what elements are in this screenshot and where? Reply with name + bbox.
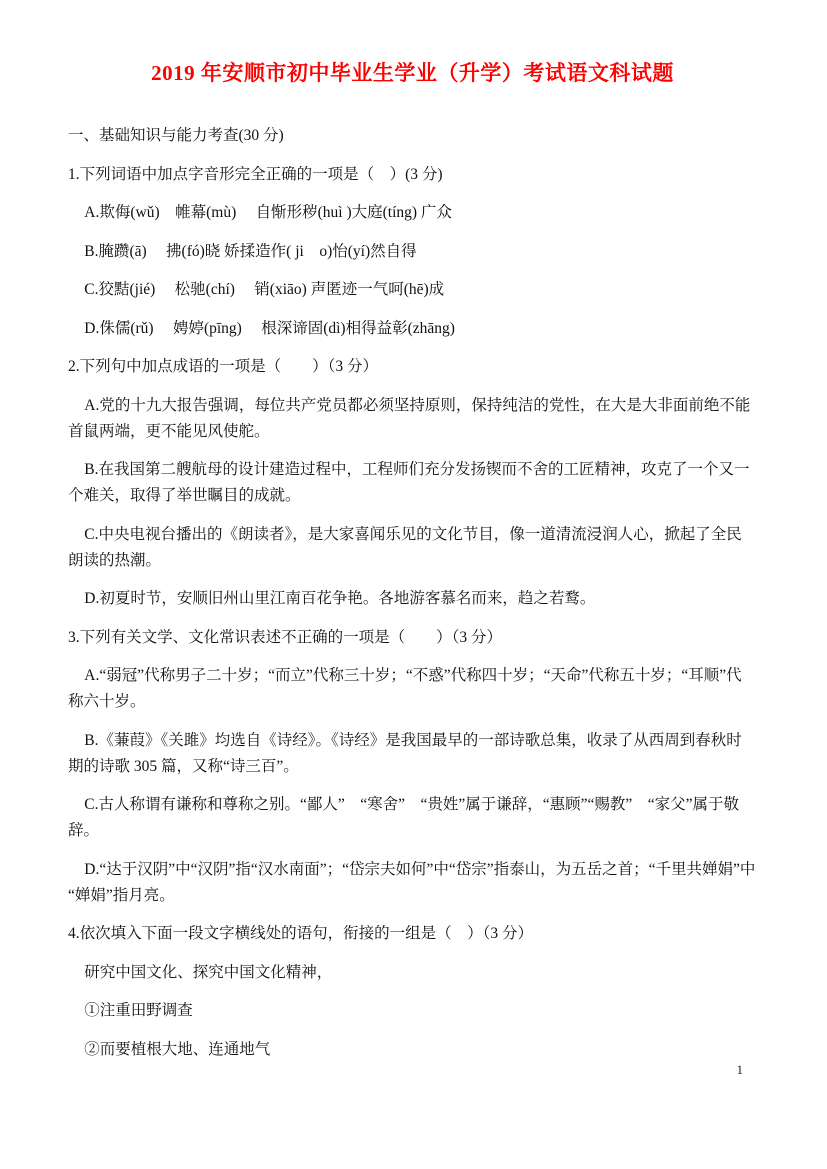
question-1-option-a: A.欺侮(wǔ) 帷幕(mù) 自惭形秽(huì )大庭(tíng) 广众 bbox=[68, 200, 757, 226]
document-page: 2019 年安顺市初中毕业生学业（升学）考试语文科试题 一、基础知识与能力考查(… bbox=[0, 0, 827, 1169]
question-2-option-c: C.中央电视台播出的《朗读者》，是大家喜闻乐见的文化节目，像一道清流浸润人心，掀… bbox=[68, 522, 757, 574]
question-3-stem: 3.下列有关文学、文化常识表述不正确的一项是（ ）（3 分） bbox=[68, 625, 757, 651]
question-4-item-1: ①注重田野调查 bbox=[68, 998, 757, 1024]
question-4-lead: 研究中国文化、探究中国文化精神， bbox=[68, 960, 757, 986]
question-4-stem: 4.依次填入下面一段文字横线处的语句，衔接的一组是（ ）（3 分） bbox=[68, 921, 757, 947]
question-1-option-c: C.狡黠(jié) 松驰(chí) 销(xiāo) 声匿迹一气呵(hē)成 bbox=[68, 277, 757, 303]
question-2-option-a: A.党的十九大报告强调，每位共产党员都必须坚持原则，保持纯洁的党性，在大是大非面… bbox=[68, 393, 757, 445]
question-1-option-b: B.腌躜(ā) 拂(fó)晓 娇揉造作( ji o)怡(yí)然自得 bbox=[68, 239, 757, 265]
question-1-stem: 1.下列词语中加点字音形完全正确的一项是（ ）(3 分) bbox=[68, 162, 757, 188]
question-3-option-d: D.“达于汉阴”中“汉阴”指“汉水南面”；“岱宗夫如何”中“岱宗”指泰山，为五岳… bbox=[68, 857, 757, 909]
question-2-option-b: B.在我国第二艘航母的设计建造过程中，工程师们充分发扬锲而不舍的工匠精神，攻克了… bbox=[68, 457, 757, 509]
section-1-heading: 一、基础知识与能力考查(30 分) bbox=[68, 123, 757, 149]
document-content: 2019 年安顺市初中毕业生学业（升学）考试语文科试题 一、基础知识与能力考查(… bbox=[0, 0, 827, 1063]
question-4-item-2: ②而要植根大地、连通地气 bbox=[68, 1037, 757, 1063]
question-2-stem: 2.下列句中加点成语的一项是（ ）（3 分） bbox=[68, 354, 757, 380]
page-number: 1 bbox=[737, 1062, 744, 1078]
question-3-option-b: B.《蒹葭》《关雎》均选自《诗经》。《诗经》是我国最早的一部诗歌总集，收录了从西… bbox=[68, 728, 757, 780]
question-1-option-d: D.侏儒(rǔ) 娉婷(pīng) 根深谛固(dì)相得益彰(zhāng) bbox=[68, 316, 757, 342]
question-3-option-c: C.古人称谓有谦称和尊称之别。“鄙人” “寒舍” “贵姓”属于谦辞，“惠顾”“赐… bbox=[68, 792, 757, 844]
question-2-option-d: D.初夏时节，安顺旧州山里江南百花争艳。各地游客慕名而来，趋之若鹜。 bbox=[68, 586, 757, 612]
exam-title: 2019 年安顺市初中毕业生学业（升学）考试语文科试题 bbox=[68, 58, 757, 88]
question-3-option-a: A.“弱冠”代称男子二十岁；“而立”代称三十岁；“不惑”代称四十岁；“天命”代称… bbox=[68, 663, 757, 715]
